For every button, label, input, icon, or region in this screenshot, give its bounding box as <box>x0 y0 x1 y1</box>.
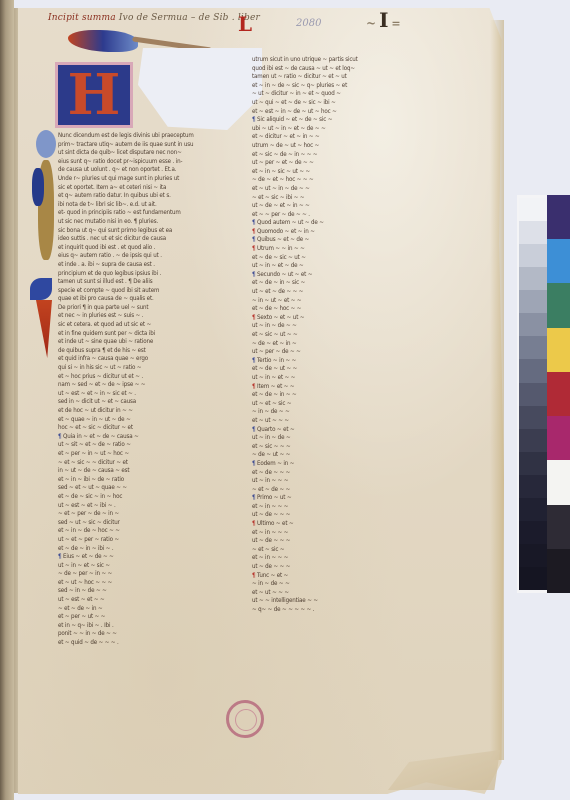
text-line: et ~ de ~ ut ~ ~ <box>252 365 430 374</box>
text-line: ut ~ in ~ de ~ <box>252 434 430 443</box>
gray-step <box>519 267 547 290</box>
color-patch <box>547 460 570 504</box>
text-line: et ~ ut ~ ~ ~ <box>252 589 430 598</box>
gray-step <box>519 567 547 590</box>
text-line: ~ de ~ per ~ in ~ ~ <box>58 570 244 579</box>
text-line: Nunc dicendum est de legis divinis ubi p… <box>58 132 244 141</box>
text-line: ¶ Sic aliquid ~ et ~ de ~ sic ~ <box>252 116 430 125</box>
text-line: ¶ Quarto ~ et ~ <box>252 426 430 435</box>
text-line: et ~ ut ~ hoc ~ ~ ~ <box>58 579 244 588</box>
text-line: et ~ sic ~ ~ ~ <box>252 443 430 452</box>
text-line: ut ~ et ~ per ~ ratio ~ <box>58 536 244 545</box>
text-line: et ~ hoc prius ~ dicitur ut et ~ . <box>58 373 244 382</box>
text-line: et in fine quidem sunt per ~ dicta ibi <box>58 330 244 339</box>
text-line: ut ~ de ~ ~ ~ <box>252 511 430 520</box>
text-line: et ~ per ~ in ~ ut ~ hoc ~ <box>58 450 244 459</box>
text-line: ut ~ per ~ et ~ de ~ ~ <box>252 159 430 168</box>
text-line: De priori ¶ in qua parte uel ~ sunt <box>58 304 244 313</box>
text-line: ¶ Quibus ~ et ~ de ~ <box>252 236 430 245</box>
figure-head-icon <box>36 130 56 158</box>
text-line: et ~ ~ per ~ de ~ ~ . <box>252 211 430 220</box>
text-line: ut ~ de ~ ~ ~ <box>252 563 430 572</box>
text-line: ~ ut ~ dicitur ~ in ~ et ~ quod ~ <box>252 90 430 99</box>
color-patch <box>547 283 570 327</box>
text-line: et inde ut ~ sine quae ubi ~ ratione <box>58 338 244 347</box>
text-line: ~ in ~ ut ~ et ~ ~ <box>252 297 430 306</box>
text-line: ideo suttis . nec ut et sic dicitur de c… <box>58 235 244 244</box>
text-line: ut ~ est ~ et ~ ~ <box>58 596 244 605</box>
text-line: nam ~ sed ~ et ~ de ~ ipse ~ ~ <box>58 381 244 390</box>
rubric-heading: Incipit summa Ivo de Sermua – de Sib . l… <box>48 13 260 23</box>
text-line: ¶ Eius ~ et ~ de ~ ~ <box>58 553 244 562</box>
gray-step <box>519 313 547 336</box>
text-line: et ~ in ~ ibi ~ de ~ ratio <box>58 476 244 485</box>
gray-step <box>519 290 547 313</box>
text-line: ¶ Quod autem ~ ut ~ de ~ <box>252 219 430 228</box>
text-line: et ~ de ~ sic ~ in ~ hoc <box>58 493 244 502</box>
text-line: ¶ Item ~ et ~ ~ <box>252 383 430 392</box>
text-line: et- quod in principiis ratio ~ est funda… <box>58 209 244 218</box>
color-calibration-chart <box>517 195 570 593</box>
text-line: sed ~ et ~ ut ~ quae ~ ~ <box>58 484 244 493</box>
text-line: ~ de ~ ut ~ ~ <box>252 451 430 460</box>
text-line: quod ibi est ~ de causa ~ ut ~ et loq~ <box>252 65 430 74</box>
text-line: et ~ in ~ de ~ hoc ~ ~ <box>58 527 244 536</box>
text-line: et ~ quid ~ de ~ ~ ~ . <box>58 639 244 648</box>
text-column-right: utrum sicut in uno utrique ~ partis sicu… <box>252 56 430 670</box>
book-binding <box>0 0 14 800</box>
text-line: quae et ibi pro causa de ~ qualis et. <box>58 295 244 304</box>
text-line: ~ de ~ et ~ in ~ <box>252 340 430 349</box>
text-line: ¶ Quomodo ~ et ~ in ~ <box>252 228 430 237</box>
text-line: et ~ ut ~ in ~ de ~ ~ <box>252 185 430 194</box>
text-line: et ~ de ~ ~ ~ <box>252 469 430 478</box>
text-line: utrum sicut in uno utrique ~ partis sicu… <box>252 56 430 65</box>
illuminated-initial: H <box>55 62 133 128</box>
folio-edge-stain <box>490 20 504 760</box>
text-line: et ~ in ~ de ~ sic ~ q~ pluries ~ et <box>252 82 430 91</box>
text-line: ut ~ et ~ sic ~ <box>252 400 430 409</box>
text-line: hoc ~ et ~ sic ~ dicitur ~ et <box>58 424 244 433</box>
text-line: in ~ ut ~ de ~ causa ~ est <box>58 467 244 476</box>
gray-scale-strip <box>519 198 547 590</box>
text-line: ~ et ~ per ~ de ~ in ~ <box>58 510 244 519</box>
text-line: sed in ~ dicit ut ~ et ~ causa <box>58 398 244 407</box>
text-line: ut ~ qui ~ et ~ de ~ sic ~ ibi ~ <box>252 99 430 108</box>
text-column-left: Nunc dicendum est de legis divinis ubi p… <box>58 132 244 668</box>
text-line: ~ et ~ sic ~ ibi ~ ~ <box>252 194 430 203</box>
text-line: ~ in ~ de ~ ~ <box>252 408 430 417</box>
gray-step <box>519 429 547 452</box>
gray-step <box>519 383 547 406</box>
text-line: eius sunt q~ ratio docet pr~ispicuum ess… <box>58 158 244 167</box>
text-line: ut ~ in ~ de ~ ~ <box>252 322 430 331</box>
text-line: principium et de quo legibus ipsius ibi … <box>58 270 244 279</box>
text-line: et inquirit quod ibi est . et quod alio … <box>58 244 244 253</box>
text-line: Unde r~ pluries ut qui mage sunt in plur… <box>58 175 244 184</box>
color-patch <box>547 416 570 460</box>
text-line: ut ~ in ~ ~ ~ <box>252 477 430 486</box>
text-line: tamen ut ~ ratio ~ dicitur ~ et ~ ut <box>252 73 430 82</box>
text-line: et ~ quae ~ in ~ ut ~ de ~ <box>58 416 244 425</box>
text-line: sic et oportet. Item a~ et ceteri nisi ~… <box>58 184 244 193</box>
text-line: ut ~ de ~ ~ ~ <box>252 537 430 546</box>
text-line: ut ~ de ~ et ~ in ~ ~ <box>252 202 430 211</box>
text-line: de quibus supra ¶ et de his ~ est <box>58 347 244 356</box>
text-line: ¶ Ultimo ~ et ~ <box>252 520 430 529</box>
color-patch <box>547 372 570 416</box>
text-line: ¶ Utrum ~ ~ in ~ ~ <box>252 245 430 254</box>
text-line: sic et cetera. et quod ad ut sic et ~ <box>58 321 244 330</box>
text-line: ut ~ ~ intelligentiae ~ ~ <box>252 597 430 606</box>
gray-step <box>519 406 547 429</box>
text-line: ut ~ in ~ et ~ ~ <box>252 374 430 383</box>
text-line: et ~ de ~ sic ~ ut ~ <box>252 254 430 263</box>
text-line: ~ et ~ sic ~ ~ dicitur ~ et <box>58 459 244 468</box>
text-line: ut ~ in ~ et ~ sic ~ <box>58 562 244 571</box>
color-patch <box>547 505 570 549</box>
color-patch <box>547 239 570 283</box>
gray-step <box>519 544 547 567</box>
text-line: ut ~ per ~ de ~ ~ <box>252 348 430 357</box>
text-line: et ~ ut ~ ~ ~ <box>252 417 430 426</box>
text-line: ut ~ et ~ de ~ ~ ~ <box>252 288 430 297</box>
gray-step <box>519 475 547 498</box>
gray-step <box>519 452 547 475</box>
text-line: ut ~ est ~ et ~ in ~ sic et ~ . <box>58 390 244 399</box>
color-patch-strip <box>547 195 570 593</box>
text-line: et de hoc ~ ut dicitur in ~ ~ <box>58 407 244 416</box>
text-line: et ~ de ~ in ~ sic ~ <box>252 279 430 288</box>
text-line: et nec ~ in pluries est ~ suis ~ . <box>58 312 244 321</box>
marginal-figure-icon <box>32 130 58 360</box>
text-line: ut ~ sit ~ et ~ de ~ ratio ~ <box>58 441 244 450</box>
text-line: et ~ in ~ ~ ~ <box>252 529 430 538</box>
text-line: ut sic nec mutatio nisi in eo. ¶ pluries… <box>58 218 244 227</box>
text-line: ¶ Tunc ~ et ~ <box>252 572 430 581</box>
running-letter-black: I <box>366 8 401 32</box>
text-line: ubi ~ ut ~ in ~ et ~ de ~ ~ <box>252 125 430 134</box>
text-line: ibi nota de t~ libri sic lib~. e.d. ut a… <box>58 201 244 210</box>
text-line: ¶ Primo ~ ut ~ <box>252 494 430 503</box>
text-line: et ~ de ~ hoc ~ ~ <box>252 305 430 314</box>
text-line: utrum ~ de ~ ut ~ hoc ~ <box>252 142 430 151</box>
text-line: et ~ per ~ ut ~ ~ <box>58 613 244 622</box>
foliage-blue-icon <box>30 278 52 300</box>
text-line: et ~ est ~ in ~ de ~ ut ~ hoc ~ <box>252 108 430 117</box>
gray-step <box>519 521 547 544</box>
text-line: prim~ tractare utiq~ autem de iis quae s… <box>58 141 244 150</box>
text-line: ut ~ in ~ et ~ de ~ <box>252 262 430 271</box>
text-line: et ~ sic ~ ut ~ ~ <box>252 331 430 340</box>
rubric-red-text: Incipit summa <box>48 13 116 23</box>
text-line: sic bona ut q~ qui sunt primo legibus et… <box>58 227 244 236</box>
text-line: tamen ut sunt si illud est . ¶ De aliis <box>58 278 244 287</box>
text-line: et ~ in ~ sic ~ ut ~ ~ <box>252 168 430 177</box>
gray-step <box>519 221 547 244</box>
text-line: sed ~ in ~ de ~ ~ <box>58 587 244 596</box>
text-line: ¶ Eodem ~ in ~ <box>252 460 430 469</box>
text-line: eius q~ autem ratio . ~ de ipsis qui ut … <box>58 252 244 261</box>
text-line: ut ~ est ~ et ~ ibi ~ . <box>58 502 244 511</box>
color-patch <box>547 195 570 239</box>
color-patch <box>547 328 570 372</box>
text-line: et in ~ q~ ibi ~ . Ibi . <box>58 622 244 631</box>
text-line: ~ et ~ de ~ in ~ <box>58 605 244 614</box>
text-line: ¶ Sexto ~ et ~ ut ~ <box>252 314 430 323</box>
gray-step <box>519 336 547 359</box>
gray-step <box>519 244 547 267</box>
text-line: ~ in ~ de ~ ~ <box>252 580 430 589</box>
text-line: ~ et ~ sic ~ <box>252 546 430 555</box>
text-line: ~ et ~ de ~ ~ <box>252 486 430 495</box>
foliage-red-icon <box>36 300 52 358</box>
shelfmark-number: 2080 <box>296 18 321 29</box>
text-line: ¶ Secundo ~ ut ~ et ~ <box>252 271 430 280</box>
text-line: ¶ Quia in ~ et ~ de ~ causa ~ <box>58 433 244 442</box>
text-line: ut sint dicta de quib~ licet disputare n… <box>58 149 244 158</box>
color-patch <box>547 549 570 593</box>
text-line: et quid infra ~ causa quae ~ ergo <box>58 355 244 364</box>
text-line: et ~ de ~ in ~ ~ <box>252 391 430 400</box>
text-line: ponit ~ ~ in ~ de ~ ~ <box>58 630 244 639</box>
initial-letter: H <box>68 67 121 123</box>
text-line: de causa ut uolunt . q~ et non oportet .… <box>58 166 244 175</box>
text-line: et ~ in ~ ~ ~ <box>252 503 430 512</box>
text-line: ¶ Tertio ~ in ~ ~ <box>252 357 430 366</box>
figure-cloak-icon <box>32 168 44 206</box>
text-line: et ~ sic ~ de ~ in ~ ~ ~ <box>252 151 430 160</box>
text-line: et ~ de ~ in ~ ibi ~ . <box>58 545 244 554</box>
gray-step <box>519 359 547 382</box>
text-line: qui si ~ in his sic ~ ut ~ ratio ~ <box>58 364 244 373</box>
text-line: et inde . a. ibi ~ supra de causa est . <box>58 261 244 270</box>
text-line: ~ q~ ~ de ~ ~ ~ ~ ~ . <box>252 606 430 615</box>
gray-step <box>519 498 547 521</box>
running-letter-red: L <box>238 12 252 36</box>
library-stamp-icon <box>226 700 264 738</box>
text-line: et ~ in ~ ~ ~ <box>252 554 430 563</box>
text-line: sed ~ ut ~ sic ~ dicitur <box>58 519 244 528</box>
text-line: ~ de ~ et ~ hoc ~ ~ ~ <box>252 176 430 185</box>
text-line: et ~ dicitur ~ et ~ in ~ ~ <box>252 133 430 142</box>
text-line: et q~ autem ratio datur. In quibus ubi e… <box>58 192 244 201</box>
text-line: specie et compte ~ quod ibi sit autem <box>58 287 244 296</box>
gray-step <box>519 198 547 221</box>
